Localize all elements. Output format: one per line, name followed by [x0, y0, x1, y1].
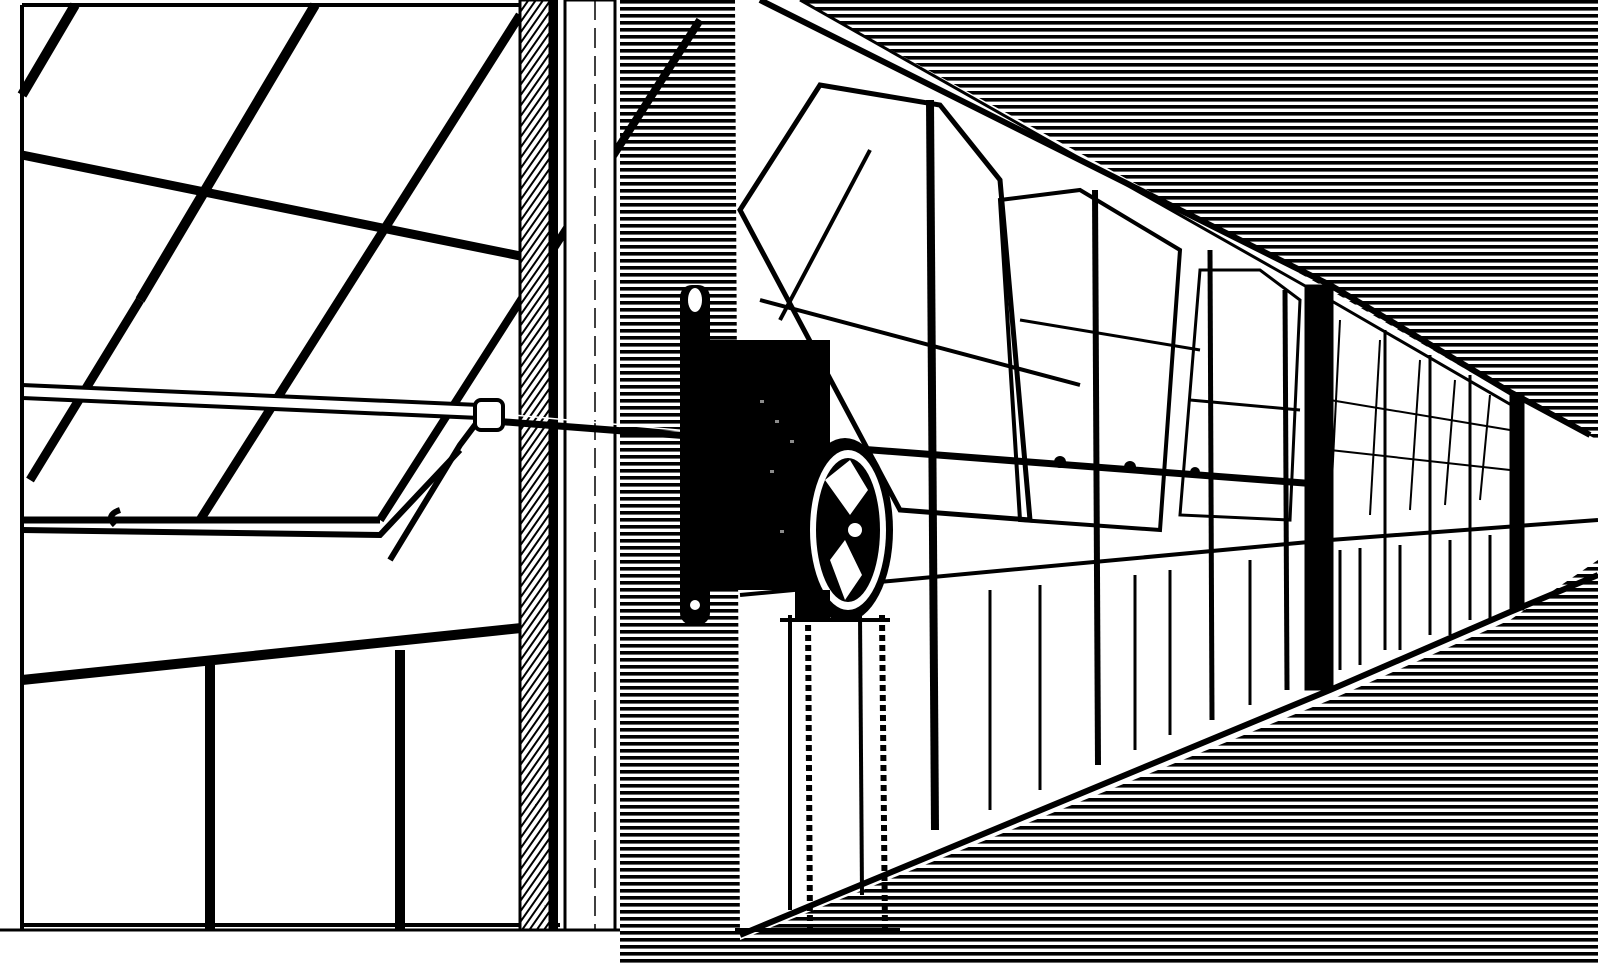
window-operator-engraving — [0, 0, 1598, 966]
front-columns — [520, 0, 615, 930]
